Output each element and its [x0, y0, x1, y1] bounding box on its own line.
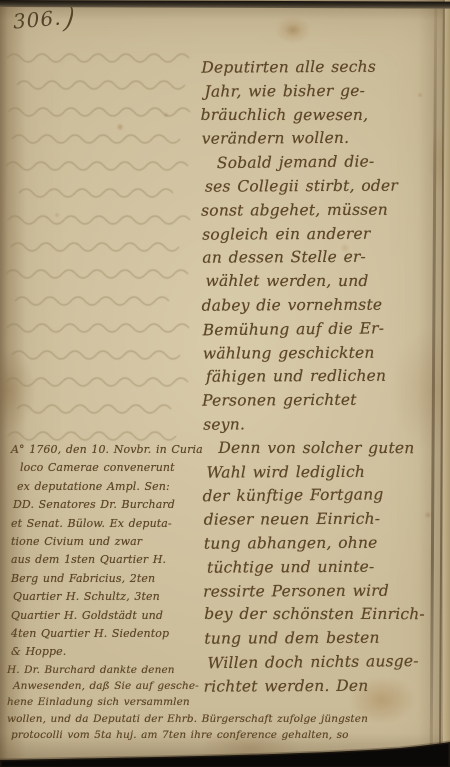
text-line: an dessen Stelle er-: [202, 246, 440, 271]
text-line: seyn.: [203, 412, 441, 437]
margin-line: loco Camerae convenerunt: [20, 459, 368, 477]
margin-line: Quartier H. Goldstädt und: [11, 607, 368, 625]
margin-line: tione Civium und zwar: [11, 533, 368, 551]
margin-line: H. Dr. Burchard dankte denen: [7, 662, 368, 678]
margin-line: DD. Senatores Dr. Burchard: [13, 496, 368, 514]
text-line: sonst abgehet, müssen: [201, 198, 440, 223]
text-line: Jahr, wie bisher ge-: [204, 79, 439, 104]
text-line: bräuchlich gewesen,: [201, 103, 440, 127]
text-line: dabey die vornehmste: [202, 293, 441, 318]
manuscript-page: 306.) Deputirten alle sechs Jahr, wie bi…: [0, 0, 450, 767]
margin-line: Anwesenden, daß Sie auf gesche-: [13, 678, 368, 694]
bottom-dark-edge: [0, 738, 450, 767]
text-line: Sobald jemand die-: [202, 150, 440, 176]
page-number-value: 306.: [12, 5, 62, 33]
text-line: wählung geschickten: [203, 341, 441, 366]
text-line: verändern wollen.: [202, 127, 440, 152]
text-line: sogleich ein anderer: [202, 222, 440, 247]
margin-line: Berg und Fabricius, 2ten: [11, 570, 368, 588]
margin-line: A° 1760, den 10. Novbr. in Curia: [11, 441, 368, 459]
text-line: wählet werden, und: [205, 270, 440, 294]
bleedthrough-texture: [2, 48, 208, 448]
margin-line: Quartier H. Schultz, 3ten: [13, 588, 368, 606]
text-line: Bemühung auf die Er-: [203, 317, 441, 343]
margin-line: aus dem 1sten Quartier H.: [11, 551, 368, 569]
margin-line: et Senat. Bülow. Ex deputa-: [11, 515, 368, 533]
margin-line: 4ten Quartier H. Siedentop: [11, 625, 368, 643]
margin-line: & Hoppe.: [11, 643, 368, 661]
text-line: fähigen und redlichen: [206, 365, 441, 390]
margin-note-column: A° 1760, den 10. Novbr. in Curia loco Ca…: [11, 441, 368, 743]
text-line: ses Collegii stirbt, oder: [205, 174, 440, 199]
text-line: Personen gerichtet: [202, 389, 441, 414]
text-line: Deputirten alle sechs: [201, 55, 439, 80]
margin-line: hene Einladung sich versammlen: [7, 694, 368, 710]
margin-line: ex deputatione Ampl. Sen:: [17, 478, 368, 496]
page-number: 306.): [12, 4, 75, 36]
margin-line: wollen, und da Deputati der Ehrb. Bürger…: [7, 711, 368, 727]
